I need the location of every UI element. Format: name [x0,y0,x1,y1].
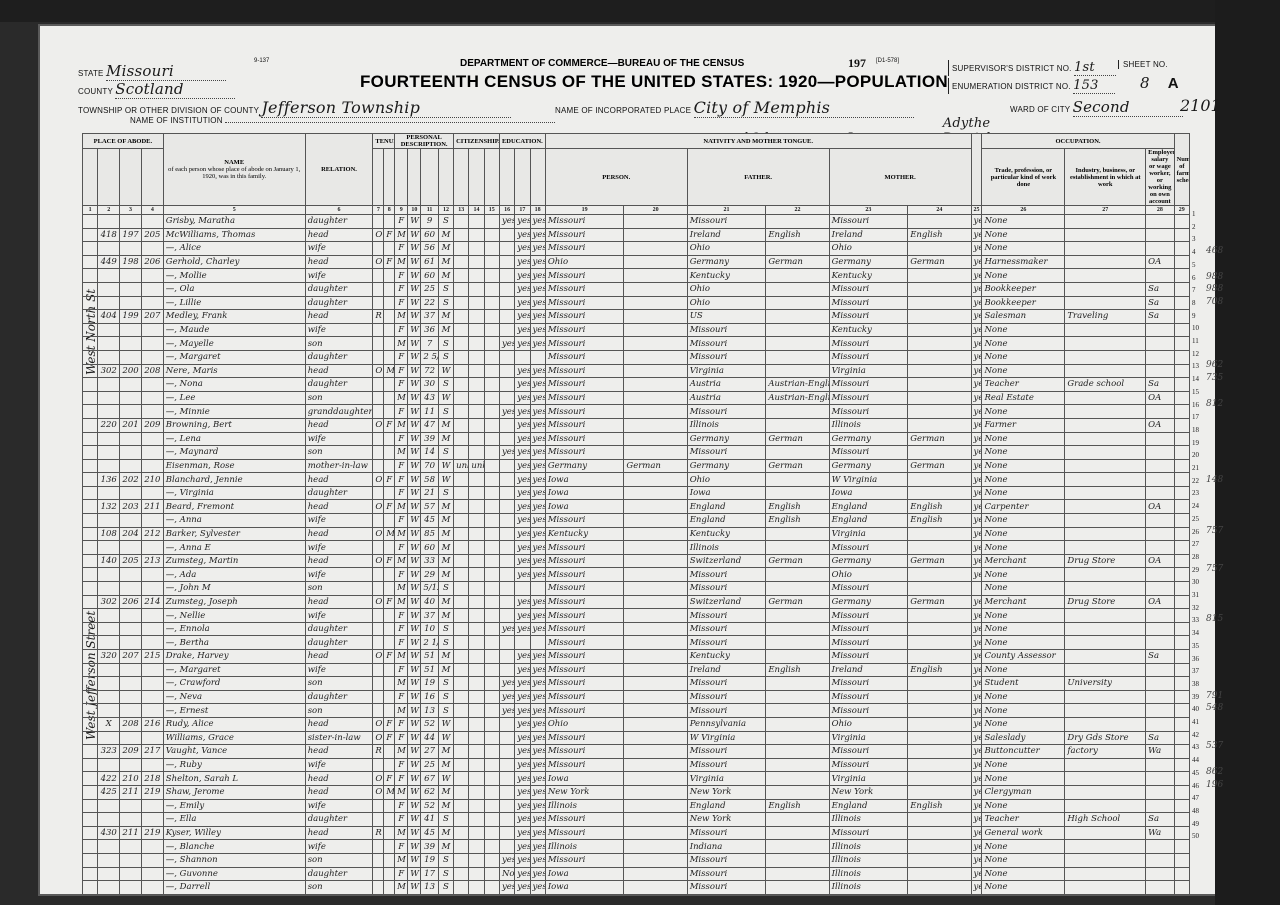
cell-pob: Missouri [545,636,624,650]
cell-pob-tongue [624,677,687,691]
cell-employer [1146,364,1174,378]
margin-note: 988 [1206,272,1223,282]
cell-race: W [408,228,421,242]
cell-age: 44 [421,731,438,745]
cell-industry [1065,405,1146,419]
cell-write: yes [530,826,545,840]
cell-relation: daughter [305,378,373,392]
cell-sex: F [395,405,408,419]
cell-imm [454,432,469,446]
cell-read: yes [515,881,530,895]
cell-sex: F [395,364,408,378]
empty-cell [1174,378,1189,392]
cell-name: Beard, Fremont [163,500,305,514]
cell-pob: Iowa [545,772,624,786]
cell-m-pob: New York [829,785,908,799]
cell-school [499,350,514,364]
cell-dwelling [120,813,142,827]
cell-pob-tongue [624,296,687,310]
cell-relation: granddaughter [305,405,373,419]
cell-relation: sister-in-law [305,731,373,745]
column-number: 28 [1146,206,1174,215]
cell-race: W [408,650,421,664]
cell-school [499,650,514,664]
cell-m-pob: Missouri [829,609,908,623]
cell-family: 209 [141,418,163,432]
cell-family: 215 [141,650,163,664]
cell-age: 57 [421,500,438,514]
cell-employer: Sa [1146,310,1174,324]
cell-family [141,350,163,364]
cell-pob: Iowa [545,486,624,500]
cell-pob-tongue [624,745,687,759]
col-group-nativity: NATIVITY AND MOTHER TONGUE. [545,134,971,149]
cell-family: 205 [141,228,163,242]
cell-family: 218 [141,772,163,786]
empty-cell [1174,650,1189,664]
cell-f-pob: Ohio [687,296,766,310]
cell-nat [469,500,484,514]
cell-occupation: None [982,446,1065,460]
cell-industry [1065,364,1146,378]
cell-f-tongue [766,826,829,840]
cell-industry [1065,269,1146,283]
cell-m-pob: Missouri [829,310,908,324]
empty-cell [83,500,98,514]
cell-read: yes [515,622,530,636]
cell-read: yes [515,527,530,541]
cell-name: —, Blanche [163,840,305,854]
cell-name: —, Ada [163,568,305,582]
empty-cell [484,282,499,296]
cell-english: yes [971,663,982,677]
empty-cell [484,255,499,269]
cell-occupation: None [982,568,1065,582]
census-rows: Grisby, MarathadaughterFW9SyesyesyesMiss… [83,215,1190,895]
cell-m-tongue [908,745,971,759]
cell-mort [384,677,395,691]
cell-race: W [408,500,421,514]
cell-mort: F [384,255,395,269]
cell-industry [1065,459,1146,473]
cell-race: W [408,785,421,799]
cell-read: yes [515,514,530,528]
cell-relation: daughter [305,867,373,881]
cell-nat [469,215,484,229]
supervisor-district-label: SUPERVISOR'S DISTRICT NO. [952,64,1072,73]
cell-m-tongue [908,282,971,296]
cell-age: 10 [421,622,438,636]
cell-relation: head [305,650,373,664]
row-number: 27 [1192,540,1199,548]
cell-name: —, Ola [163,282,305,296]
cell-m-tongue [908,337,971,351]
cell-read: yes [515,446,530,460]
table-row: 418197205McWilliams, ThomasheadOFMW60Mye… [83,228,1190,242]
cell-occupation: None [982,690,1065,704]
cell-dwelling [120,704,142,718]
cell-mort: F [384,595,395,609]
cell-write: yes [530,609,545,623]
cell-race: W [408,350,421,364]
cell-mort [384,582,395,596]
empty-cell [1174,282,1189,296]
cell-m-tongue [908,446,971,460]
cell-house [98,541,120,555]
cell-family [141,337,163,351]
cell-f-tongue [766,758,829,772]
cell-marital: S [438,350,453,364]
cell-marital: M [438,650,453,664]
cell-m-pob: Virginia [829,527,908,541]
cell-house: 302 [98,364,120,378]
cell-employer: OA [1146,391,1174,405]
cell-pob-tongue [624,269,687,283]
cell-english: yes [971,310,982,324]
cell-sex: F [395,663,408,677]
empty-cell [484,391,499,405]
cell-industry [1065,690,1146,704]
cell-house [98,446,120,460]
cell-employer [1146,717,1174,731]
empty-cell [1174,432,1189,446]
cell-marital: S [438,486,453,500]
empty-cell [484,486,499,500]
column-number: 18 [530,206,545,215]
cell-occupation: County Assessor [982,650,1065,664]
cell-relation: wife [305,541,373,555]
empty-cell [484,310,499,324]
cell-pob-tongue [624,500,687,514]
cell-race: W [408,459,421,473]
cell-read: yes [515,731,530,745]
enumeration-district-field: ENUMERATION DISTRICT NO. 153 [948,78,1115,94]
cell-occupation: None [982,459,1065,473]
cell-race: W [408,269,421,283]
cell-english: yes [971,595,982,609]
column-number: 16 [499,206,514,215]
cell-nat [469,867,484,881]
cell-pob: Ohio [545,717,624,731]
row-number: 7 [1192,286,1196,294]
cell-dwelling [120,853,142,867]
cell-sex: F [395,717,408,731]
cell-school [499,473,514,487]
cell-sex: F [395,799,408,813]
cell-house: 425 [98,785,120,799]
margin-note: 815 [1206,614,1223,624]
cell-house [98,582,120,596]
cell-nat [469,813,484,827]
cell-write: yes [530,310,545,324]
empty-cell [484,459,499,473]
cell-school [499,826,514,840]
empty-cell [83,663,98,677]
row-number: 50 [1192,832,1199,840]
cell-pob-tongue [624,813,687,827]
cell-dwelling: 211 [120,785,142,799]
cell-age: 60 [421,269,438,283]
cell-nat [469,758,484,772]
row-number: 44 [1192,756,1199,764]
cell-nat [469,731,484,745]
col-dwelling [120,149,142,206]
cell-occupation: None [982,323,1065,337]
row-number: 40 [1192,705,1199,713]
cell-relation: son [305,677,373,691]
cell-occupation: None [982,541,1065,555]
cell-m-tongue: German [908,255,971,269]
cell-marital: M [438,242,453,256]
cell-race: W [408,391,421,405]
empty-cell [83,459,98,473]
cell-industry: University [1065,677,1146,691]
cell-mort [384,799,395,813]
table-row: —, NelliewifeFW37MyesyesMissouriMissouri… [83,609,1190,623]
column-number: 1 [83,206,98,215]
cell-sex: F [395,242,408,256]
cell-m-tongue [908,473,971,487]
cell-employer [1146,758,1174,772]
cell-pob-tongue [624,323,687,337]
table-row: —, LeesonMW43WyesyesMissouriAustriaAustr… [83,391,1190,405]
empty-cell [484,799,499,813]
cell-sex: F [395,296,408,310]
cell-f-tongue [766,622,829,636]
cell-pob-tongue [624,595,687,609]
col-group-citizenship: CITIZENSHIP. [454,134,500,149]
cell-nat [469,296,484,310]
empty-cell [484,595,499,609]
empty-cell [1174,704,1189,718]
cell-marital: S [438,867,453,881]
cell-dwelling [120,609,142,623]
cell-relation: daughter [305,296,373,310]
empty-cell [83,704,98,718]
cell-sex: M [395,677,408,691]
cell-school [499,568,514,582]
cell-f-tongue [766,677,829,691]
cell-marital: M [438,432,453,446]
cell-f-tongue: English [766,663,829,677]
cell-marital: S [438,704,453,718]
cell-race: W [408,514,421,528]
cell-employer: Sa [1146,282,1174,296]
county-field: COUNTY Scotland [78,80,235,99]
cell-pob-tongue [624,541,687,555]
column-number: 29 [1174,206,1189,215]
cell-tenure: R [373,745,384,759]
cell-mort [384,840,395,854]
cell-industry: Grade school [1065,378,1146,392]
margin-note: 962 [1206,360,1223,370]
cell-occupation: Teacher [982,378,1065,392]
cell-sex: F [395,609,408,623]
cell-age: 47 [421,418,438,432]
cell-m-tongue [908,690,971,704]
empty-cell [1174,446,1189,460]
cell-write [530,636,545,650]
empty-cell [484,350,499,364]
col-group-occupation: OCCUPATION. [982,134,1174,149]
cell-m-pob: England [829,799,908,813]
cell-marital: M [438,514,453,528]
cell-write: yes [530,405,545,419]
col-school [499,149,514,206]
cell-f-tongue [766,310,829,324]
cell-nat [469,717,484,731]
cell-imm [454,486,469,500]
empty-cell [83,378,98,392]
cell-school [499,541,514,555]
cell-age: 70 [421,459,438,473]
column-number: 10 [408,206,421,215]
cell-pob-tongue: German [624,459,687,473]
cell-imm [454,282,469,296]
cell-nat [469,337,484,351]
cell-imm [454,677,469,691]
cell-tenure: O [373,228,384,242]
cell-f-tongue [766,527,829,541]
cell-f-pob: Missouri [687,405,766,419]
cell-f-tongue [766,745,829,759]
cell-f-pob: Kentucky [687,269,766,283]
empty-cell [484,663,499,677]
cell-m-tongue [908,881,971,895]
cell-write: yes [530,446,545,460]
margin-note: 537 [1206,741,1223,751]
cell-occupation: None [982,663,1065,677]
margin-note: 862 [1206,767,1223,777]
cell-relation: son [305,853,373,867]
cell-house [98,378,120,392]
cell-read: yes [515,595,530,609]
cell-imm [454,446,469,460]
col-read [515,149,530,206]
cell-marital: M [438,541,453,555]
cell-sex: F [395,282,408,296]
cell-nat [469,310,484,324]
cell-sex: F [395,840,408,854]
cell-house [98,514,120,528]
cell-age: 56 [421,242,438,256]
cell-imm [454,840,469,854]
cell-m-pob: Missouri [829,215,908,229]
empty-cell [484,432,499,446]
cell-pob: Missouri [545,826,624,840]
cell-pob: Missouri [545,215,624,229]
cell-f-pob: Pennsylvania [687,717,766,731]
cell-tenure: O [373,785,384,799]
table-row: —, LilliedaughterFW22SyesyesMissouriOhio… [83,296,1190,310]
row-number: 37 [1192,667,1199,675]
cell-school [499,418,514,432]
column-number: 13 [454,206,469,215]
cell-m-tongue [908,717,971,731]
empty-cell [1174,731,1189,745]
cell-imm [454,745,469,759]
cell-industry [1065,242,1146,256]
cell-nat [469,772,484,786]
cell-f-pob: Missouri [687,636,766,650]
cell-dwelling [120,568,142,582]
cell-m-tongue [908,609,971,623]
cell-f-pob: Missouri [687,704,766,718]
cell-sex: F [395,378,408,392]
header-group-row: PLACE OF ABODE. NAMEof each person whose… [83,134,1190,149]
empty-cell [1174,785,1189,799]
cell-imm [454,378,469,392]
cell-occupation: Farmer [982,418,1065,432]
cell-tenure [373,282,384,296]
col-group-abode: PLACE OF ABODE. [83,134,164,149]
table-row: —, ShannonsonMW19SyesyesyesMissouriMisso… [83,853,1190,867]
cell-family [141,853,163,867]
cell-relation: daughter [305,486,373,500]
cell-f-tongue: German [766,595,829,609]
cell-relation: head [305,418,373,432]
cell-f-pob: W Virginia [687,731,766,745]
cell-english: yes [971,228,982,242]
cell-name: —, Lena [163,432,305,446]
cell-nat [469,881,484,895]
cell-school [499,731,514,745]
cell-read [515,582,530,596]
cell-employer: OA [1146,418,1174,432]
cell-family [141,405,163,419]
cell-family [141,609,163,623]
empty-cell [1174,799,1189,813]
cell-tenure [373,541,384,555]
census-table: PLACE OF ABODE. NAMEof each person whose… [82,133,1190,895]
cell-read: yes [515,663,530,677]
cell-industry [1065,636,1146,650]
cell-m-tongue [908,677,971,691]
cell-tenure [373,459,384,473]
cell-mort [384,282,395,296]
cell-marital: W [438,391,453,405]
empty-cell [484,758,499,772]
cell-nat [469,350,484,364]
cell-house [98,323,120,337]
table-row: 140205213Zumsteg, MartinheadOFMW33Myesye… [83,554,1190,568]
cell-read: yes [515,568,530,582]
cell-mort [384,269,395,283]
cell-imm [454,391,469,405]
table-row: —, LenawifeFW39MyesyesMissouriGermanyGer… [83,432,1190,446]
column-number: 22 [766,206,829,215]
cell-age: 45 [421,514,438,528]
cell-race: W [408,554,421,568]
cell-read: yes [515,853,530,867]
empty-cell [484,364,499,378]
column-number: 19 [545,206,624,215]
cell-english: yes [971,840,982,854]
cell-employer [1146,269,1174,283]
cell-m-pob: Germany [829,554,908,568]
cell-english: yes [971,337,982,351]
cell-tenure [373,215,384,229]
cell-marital: S [438,636,453,650]
cell-race: W [408,432,421,446]
table-row: —, John MsonMW5/12SMissouriMissouriMisso… [83,582,1190,596]
cell-m-pob: Missouri [829,446,908,460]
cell-f-pob: Missouri [687,582,766,596]
cell-family [141,242,163,256]
cell-dwelling [120,405,142,419]
cell-relation: wife [305,323,373,337]
cell-family [141,541,163,555]
